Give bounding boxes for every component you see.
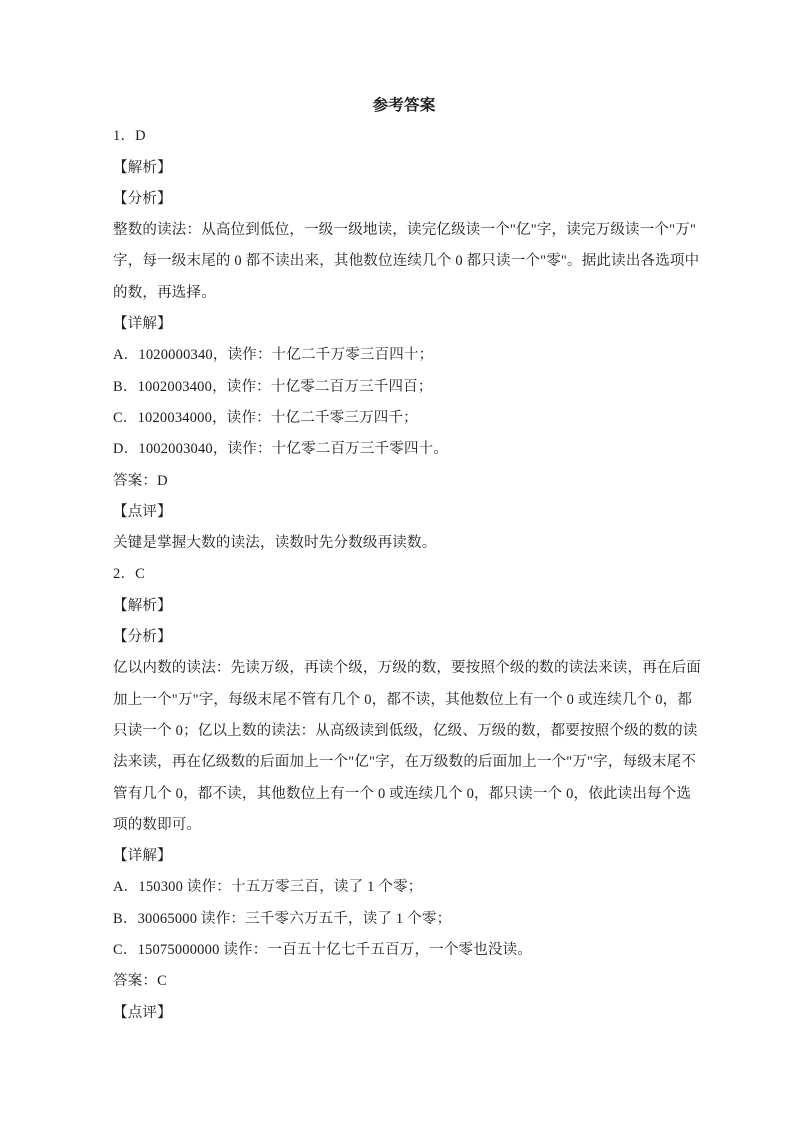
page-title: 参考答案 <box>113 90 695 121</box>
q1-fenxi-label: 【分析】 <box>113 184 695 215</box>
answer-sheet: 参考答案 1．D 【解析】 【分析】 整数的读法：从高位到低位，一级一级地读，读… <box>113 90 695 1029</box>
q2-analysis-line-5: 管有几个 0，都不读，其他数位上有一个 0 或连续几个 0，都只读一个 0，依此… <box>113 779 695 810</box>
q1-analysis-line-3: 的数，再选择。 <box>113 278 695 309</box>
q2-fenxi-label: 【分析】 <box>113 622 695 653</box>
q2-analysis-line-3: 只读一个 0；亿以上数的读法：从高级读到低级，亿级、万级的数，都要按照个级的数的… <box>113 716 695 747</box>
q1-option-a: A．1020000340，读作：十亿二千万零三百四十； <box>113 340 695 371</box>
q1-analysis-line-2: 字，每一级末尾的 0 都不读出来，其他数位连续几个 0 都只读一个"零"。据此读… <box>113 246 695 277</box>
q1-option-d: D．1002003040，读作：十亿零二百万三千零四十。 <box>113 434 695 465</box>
document-page: 参考答案 1．D 【解析】 【分析】 整数的读法：从高位到低位，一级一级地读，读… <box>0 0 793 1122</box>
q1-comment: 关键是掌握大数的读法，读数时先分数级再读数。 <box>113 528 695 559</box>
q2-option-b: B．30065000 读作：三千零六万五千，读了 1 个零； <box>113 904 695 935</box>
q2-analysis-line-1: 亿以内数的读法：先读万级，再读个级，万级的数，要按照个级的数的读法来读，再在后面 <box>113 653 695 684</box>
q1-answer: 答案：D <box>113 466 695 497</box>
q2-jiexi-label: 【解析】 <box>113 591 695 622</box>
q1-analysis-line-1: 整数的读法：从高位到低位，一级一级地读，读完亿级读一个"亿"字，读完万级读一个"… <box>113 215 695 246</box>
q1-dianping-label: 【点评】 <box>113 497 695 528</box>
q2-option-c: C．15075000000 读作：一百五十亿七千五百万，一个零也没读。 <box>113 935 695 966</box>
q2-dianping-label: 【点评】 <box>113 998 695 1029</box>
q2-analysis-line-2: 加上一个"万"字，每级末尾不管有几个 0，都不读，其他数位上有一个 0 或连续几… <box>113 685 695 716</box>
q2-answer: 答案：C <box>113 966 695 997</box>
q2-xiangjie-label: 【详解】 <box>113 841 695 872</box>
q1-jiexi-label: 【解析】 <box>113 153 695 184</box>
q2-analysis-line-4: 法来读，再在亿级数的后面加上一个"亿"字，在万级数的后面加上一个"万"字，每级末… <box>113 747 695 778</box>
q1-option-c: C．1020034000，读作：十亿二千零三万四千； <box>113 403 695 434</box>
q1-option-b: B．1002003400，读作：十亿零二百万三千四百； <box>113 372 695 403</box>
q2-option-a: A．150300 读作：十五万零三百，读了 1 个零； <box>113 872 695 903</box>
answer-2-result: 2．C <box>113 559 695 590</box>
answer-1-result: 1．D <box>113 121 695 152</box>
q2-analysis-line-6: 项的数即可。 <box>113 810 695 841</box>
q1-xiangjie-label: 【详解】 <box>113 309 695 340</box>
